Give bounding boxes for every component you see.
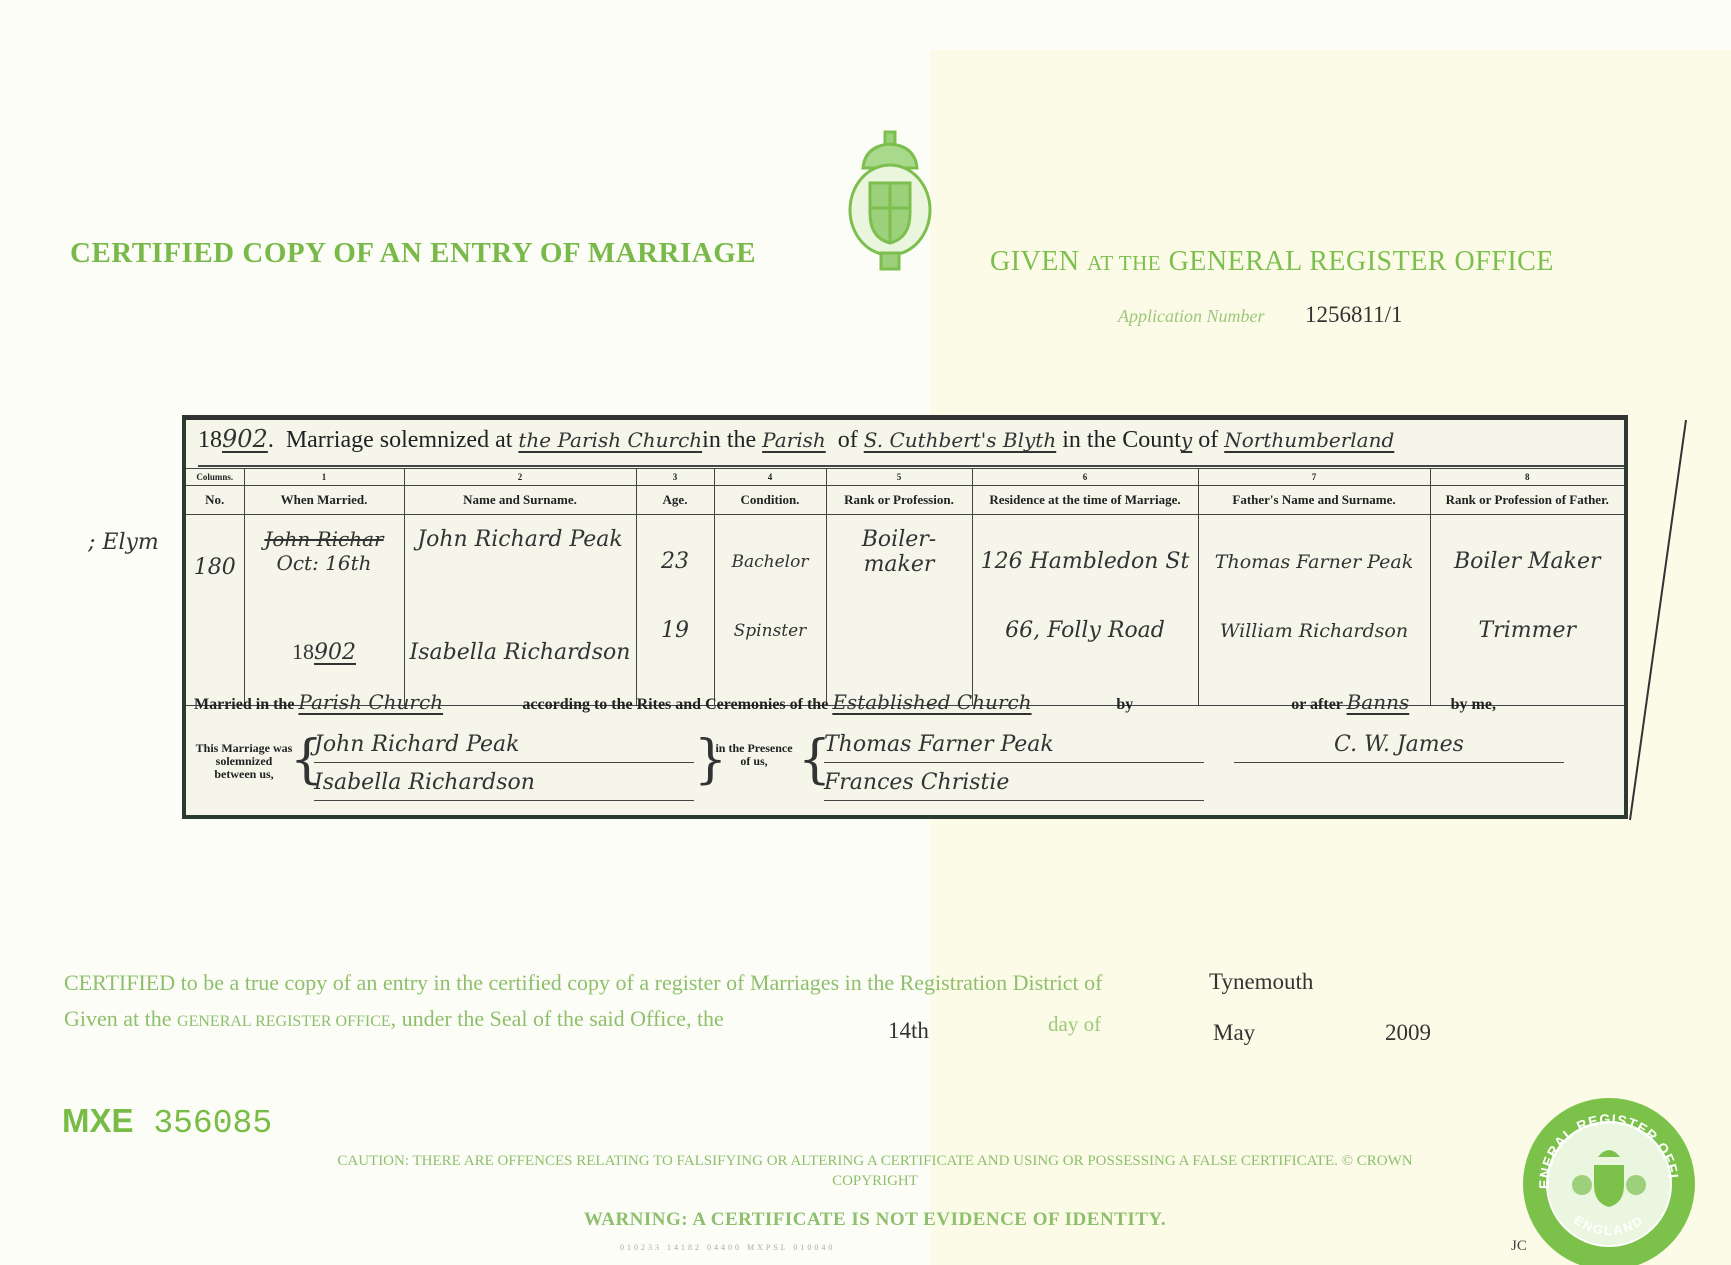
- registration-district: Tynemouth: [1209, 969, 1313, 995]
- margin-rule: [1628, 420, 1688, 820]
- header-father-rank: Rank or Profession of Father.: [1430, 486, 1624, 515]
- groom-age: 23: [640, 549, 711, 574]
- col-num: 8: [1430, 469, 1624, 486]
- year-handwritten: 902: [222, 425, 268, 453]
- struck-text: John Richar: [248, 527, 401, 551]
- condition-cell: Bachelor Spinster: [714, 515, 826, 706]
- year-prefix: 18: [198, 427, 222, 454]
- officiant-signature: C. W. James: [1234, 732, 1564, 763]
- header-father: Father's Name and Surname.: [1198, 486, 1430, 515]
- header-rank: Rank or Profession.: [826, 486, 972, 515]
- married-in-value: Parish Church: [298, 690, 518, 714]
- residence-cell: 126 Hambledon St 66, Folly Road: [972, 515, 1198, 706]
- column-header-row: No. When Married. Name and Surname. Age.…: [186, 486, 1624, 515]
- married-in-line: Married in the Parish Church according t…: [194, 690, 1496, 714]
- or-after-value: Banns: [1347, 690, 1447, 714]
- groom-residence: 126 Hambledon St: [976, 549, 1195, 574]
- certification-month: May: [1213, 1020, 1255, 1046]
- header-no: No.: [186, 486, 244, 515]
- entry-number: 180: [186, 515, 244, 706]
- microprint: 010233 14182 04400 MXPSL 010040: [620, 1243, 835, 1252]
- application-number-label: Application Number: [1118, 306, 1265, 327]
- register-entry: 18902. Marriage solemnized at the Parish…: [182, 415, 1628, 819]
- county: Northumberland: [1224, 428, 1394, 452]
- certification-line-2: Given at the General Register Office, un…: [64, 1006, 724, 1032]
- header-when-married: When Married.: [244, 486, 404, 515]
- col-num: 7: [1198, 469, 1430, 486]
- given-at-office-heading: Given at the GENERAL REGISTER OFFICE: [990, 246, 1554, 278]
- district-type: Parish: [762, 428, 826, 452]
- table-row: 180 John Richar Oct: 16th 18902 John Ric…: [186, 515, 1624, 706]
- year-handwritten: 902: [314, 640, 356, 665]
- marriage-date: Oct: 16th: [248, 551, 401, 575]
- royal-crest-icon: [845, 128, 935, 273]
- bride-father-rank: Trimmer: [1434, 618, 1622, 643]
- rank-cell: Boiler-maker: [826, 515, 972, 706]
- bride-father: William Richardson: [1202, 620, 1427, 642]
- father-cell: Thomas Farner Peak William Richardson: [1198, 515, 1430, 706]
- header-residence: Residence at the time of Marriage.: [972, 486, 1198, 515]
- general-register-office-seal-icon: GENERAL REGISTER OFFICE ENGLAND: [1520, 1095, 1698, 1265]
- bride-name: Isabella Richardson: [408, 640, 633, 665]
- by-label: by: [1116, 696, 1133, 713]
- bride-condition: Spinster: [718, 621, 823, 641]
- county-suffix: y: [1181, 428, 1192, 452]
- column-number-row: Columns. 1 2 3 4 5 6 7 8: [186, 469, 1624, 486]
- presence-label: in the Presence of us,: [714, 742, 794, 768]
- rites-value: Established Church: [832, 690, 1112, 714]
- of-label-2: of: [1198, 427, 1218, 454]
- col-num: 1: [244, 469, 404, 486]
- when-married-cell: John Richar Oct: 16th 18902: [244, 515, 404, 706]
- groom-name: John Richard Peak: [408, 527, 633, 552]
- header-name: Name and Surname.: [404, 486, 636, 515]
- solemnized-between-label: This Marriage was solemnized between us,: [194, 742, 294, 781]
- place: S. Cuthbert's Blyth: [864, 428, 1056, 452]
- given-text: Given: [990, 246, 1080, 277]
- solemnized-label: Marriage solemnized at: [286, 427, 513, 454]
- header-age: Age.: [636, 486, 714, 515]
- col-num: 2: [404, 469, 636, 486]
- father-rank-cell: Boiler Maker Trimmer: [1430, 515, 1624, 706]
- married-in-label: Married in the: [194, 696, 294, 713]
- office-name-small-caps: General Register Office: [177, 1013, 391, 1030]
- col-num: 3: [636, 469, 714, 486]
- warning-notice: WARNING: A CERTIFICATE IS NOT EVIDENCE O…: [300, 1209, 1450, 1231]
- day-of-label: day of: [1048, 1012, 1101, 1037]
- party2-signature: Isabella Richardson: [314, 770, 694, 801]
- party1-signature: John Richard Peak: [314, 732, 694, 763]
- given-at-text: Given at the: [64, 1006, 172, 1031]
- county-label: in the Count: [1062, 427, 1181, 454]
- bride-age: 19: [640, 618, 711, 643]
- certificate-title: CERTIFIED COPY OF AN ENTRY OF MARRIAGE: [70, 237, 756, 270]
- certification-line-1: CERTIFIED to be a true copy of an entry …: [64, 970, 1102, 996]
- serial-number: MXE 356085: [62, 1102, 272, 1142]
- or-after-label: or after: [1291, 696, 1342, 713]
- signatures-block: This Marriage was solemnized between us,…: [194, 732, 1624, 812]
- application-number: 1256811/1: [1305, 302, 1403, 328]
- certification-text: CERTIFIED to be a true copy of an entry …: [64, 970, 1102, 995]
- name-cell: John Richard Peak Isabella Richardson: [404, 515, 636, 706]
- groom-rank: Boiler-maker: [830, 527, 969, 577]
- col-num: 6: [972, 469, 1198, 486]
- col-num: 5: [826, 469, 972, 486]
- certification-day: 14th: [888, 1018, 929, 1044]
- groom-father: Thomas Farner Peak: [1202, 551, 1427, 573]
- under-seal-text: , under the Seal of the said Office, the: [391, 1006, 724, 1031]
- solemnized-at: the Parish Church: [518, 428, 702, 452]
- groom-father-rank: Boiler Maker: [1434, 549, 1622, 574]
- serial-digits: 356085: [153, 1105, 272, 1142]
- of-label: of: [838, 427, 858, 454]
- by-me-label: by me,: [1451, 696, 1496, 713]
- caution-notice: CAUTION: THERE ARE OFFENCES RELATING TO …: [300, 1151, 1450, 1191]
- columns-label: Columns.: [186, 469, 244, 486]
- groom-condition: Bachelor: [718, 552, 823, 572]
- register-heading: 18902. Marriage solemnized at the Parish…: [198, 425, 1624, 467]
- serial-prefix: MXE: [62, 1102, 134, 1139]
- rites-label: according to the Rites and Ceremonies of…: [522, 696, 828, 713]
- year-prefix: 18: [292, 639, 314, 664]
- at-the-text: at the: [1087, 251, 1161, 275]
- witness2-signature: Frances Christie: [824, 770, 1204, 801]
- bride-residence: 66, Folly Road: [976, 618, 1195, 643]
- certification-year: 2009: [1385, 1020, 1431, 1046]
- age-cell: 23 19: [636, 515, 714, 706]
- register-table: Columns. 1 2 3 4 5 6 7 8 No. When Marrie…: [186, 468, 1624, 706]
- margin-note: ; Elym: [88, 530, 159, 555]
- in-the-label: in the: [702, 427, 756, 454]
- office-name: GENERAL REGISTER OFFICE: [1169, 246, 1554, 277]
- witness1-signature: Thomas Farner Peak: [824, 732, 1204, 763]
- header-condition: Condition.: [714, 486, 826, 515]
- col-num: 4: [714, 469, 826, 486]
